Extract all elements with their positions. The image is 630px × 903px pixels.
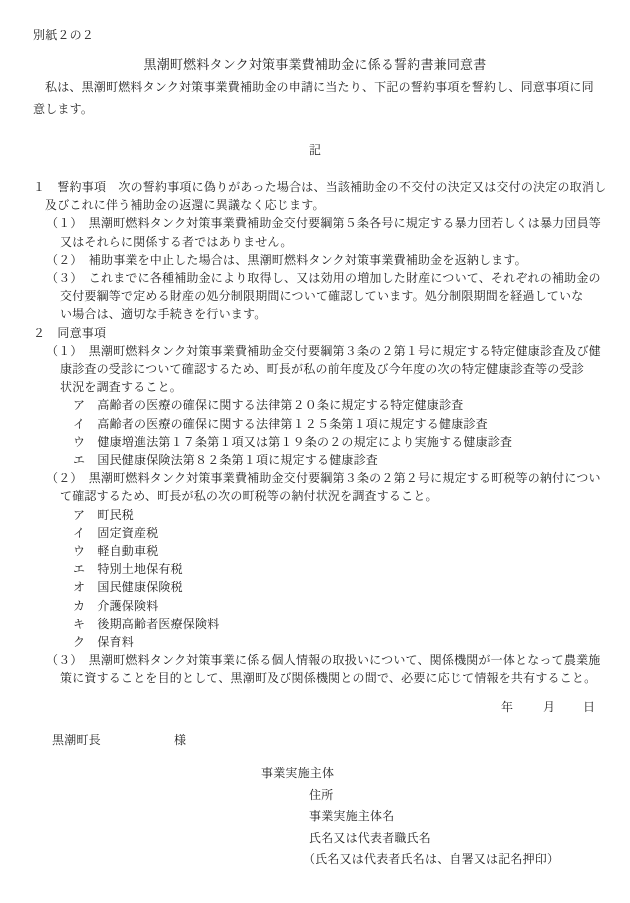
body-line-item-2-1: （１） 黒潮町燃料タンク対策事業費補助金交付要綱第３条の２第１号に規定する特定健… (46, 344, 601, 359)
signature-field-address: 住所 (309, 788, 333, 803)
signature-heading: 事業実施主体 (261, 766, 334, 781)
signature-field-entity-name: 事業実施主体名 (309, 809, 394, 824)
addressee-honorific: 様 (174, 733, 186, 748)
body-line-checkup-i: イ 高齢者の医療の確保に関する法律第１２５条第１項に規定する健康診査 (73, 417, 488, 432)
date-day-label: 日 (583, 700, 595, 715)
body-line: 策に資することを目的として、黒潮町及び関係機関との間で、必要に応じて情報を共有す… (60, 671, 596, 686)
signature-note: （氏名又は代表者氏名は、自署又は記名押印） (303, 852, 559, 867)
body-line-tax-u: ウ 軽自動車税 (73, 544, 158, 559)
body-line: 交付要綱等で定める財産の処分制限期間について確認しています。処分制限期間を経過し… (60, 289, 583, 304)
body-line: 状況を調査すること。 (60, 380, 182, 395)
date-month-label: 月 (543, 700, 555, 715)
body-line: 及びこれに伴う補助金の返還に異議なく応じます。 (45, 198, 325, 213)
ki-marker: 記 (0, 141, 630, 158)
body-line-pledge-heading: １ 誓約事項 次の誓約事項に偽りがあった場合は、当該補助金の不交付の決定又は交付… (33, 180, 606, 195)
body-line-tax-a: ア 町民税 (73, 508, 134, 523)
document-page: 別紙２の２ 黒潮町燃料タンク対策事業費補助金に係る誓約書兼同意書 私は、黒潮町燃… (0, 0, 630, 903)
body-line: 又はそれらに関係する者ではありません。 (60, 235, 293, 250)
body-line: い場合は、適切な手続きを行います。 (60, 307, 266, 322)
body-line: て確認するため、町長が私の次の町税等の納付状況を調査すること。 (60, 489, 438, 504)
body-line-checkup-u: ウ 健康増進法第１７条第１項又は第１９条の２の規定により実施する健康診査 (73, 435, 512, 450)
body-line-tax-e: エ 特別土地保有税 (73, 562, 183, 577)
corner-label: 別紙２の２ (33, 28, 94, 43)
body-line-tax-ku: ク 保育料 (73, 635, 134, 650)
body-line-checkup-a: ア 高齢者の医療の確保に関する法律第２０条に規定する特定健康診査 (73, 398, 463, 413)
date-year-label: 年 (501, 700, 513, 715)
body-line-item-1-1: （１） 黒潮町燃料タンク対策事業費補助金交付要綱第５条各号に規定する暴力団若しく… (46, 216, 601, 231)
body-line-item-2-2: （２） 黒潮町燃料タンク対策事業費補助金交付要綱第３条の２第２号に規定する町税等… (46, 471, 601, 486)
body-line-item-2-3: （３） 黒潮町燃料タンク対策事業に係る個人情報の取扱いについて、関係機関が一体と… (46, 653, 600, 668)
body-line-item-1-2: （２） 補助事業を中止した場合は、黒潮町燃料タンク対策事業費補助金を返納します。 (46, 253, 527, 268)
signature-field-name: 氏名又は代表者職氏名 (309, 831, 431, 846)
intro-paragraph-line-2: 意します。 (33, 102, 93, 117)
document-title: 黒潮町燃料タンク対策事業費補助金に係る誓約書兼同意書 (0, 54, 630, 73)
body-line-checkup-e: エ 国民健康保険法第８２条第１項に規定する健康診査 (73, 453, 378, 468)
addressee-name: 黒潮町長 (52, 733, 101, 748)
body-line-tax-i: イ 固定資産税 (73, 526, 158, 541)
body-line: 康診査の受診について確認するため、町長が私の前年度及び今年度の次の特定健康診査等… (60, 362, 584, 377)
body-line-tax-o: オ 国民健康保険税 (73, 580, 183, 595)
intro-paragraph-line-1: 私は、黒潮町燃料タンク対策事業費補助金の申請に当たり、下記の誓約事項を誓約し、同… (45, 80, 594, 95)
body-line-item-1-3: （３） これまでに各種補助金により取得し、又は効用の増加した財産について、それぞ… (46, 271, 601, 286)
body-line-tax-ki: キ 後期高齢者医療保険料 (73, 617, 219, 632)
body-line-tax-ka: カ 介護保険料 (73, 599, 158, 614)
body-line-consent-heading: ２ 同意事項 (33, 326, 106, 341)
